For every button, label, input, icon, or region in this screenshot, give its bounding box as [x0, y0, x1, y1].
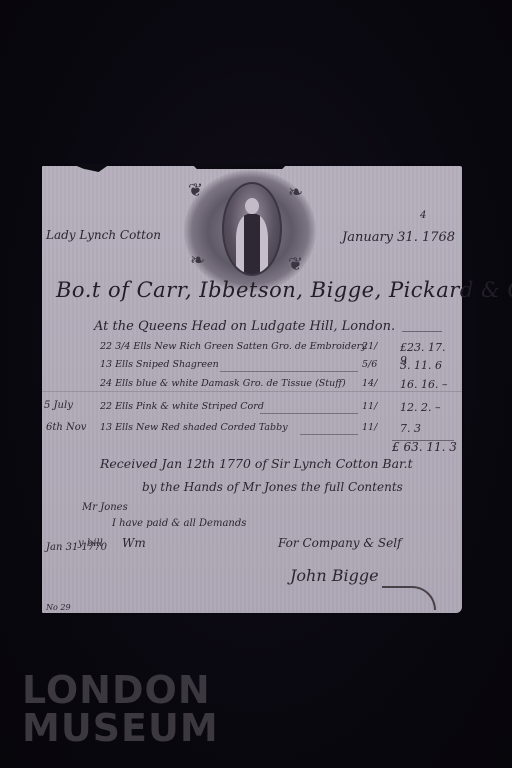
margin-date: 6th Nov: [46, 422, 86, 433]
portrait-figure-dress: [236, 214, 268, 274]
bill-total: £ 63. 11. 3: [392, 440, 457, 454]
line-item: 13 Ells New Red shaded Corded Tabby 11/ …: [100, 422, 450, 438]
london-museum-watermark: LONDON MUSEUM: [22, 672, 219, 748]
folio-number: No 29: [46, 603, 71, 612]
bill-document: ❦ ❧ ❧ ❦ Lady Lynch Cotton 4 January 31. …: [42, 166, 462, 613]
customer-name: Lady Lynch Cotton: [46, 228, 161, 242]
item-leader-line: [220, 371, 358, 372]
signature: John Bigge: [290, 566, 379, 585]
signature-flourish: [382, 586, 436, 610]
item-amount: 3. 11. 6: [400, 359, 442, 372]
item-amount: 16. 16. –: [400, 378, 447, 391]
for-company-line: For Company & Self: [278, 536, 402, 550]
receipt-line: I have paid & all Demands: [112, 518, 246, 529]
item-rate: 11/: [362, 401, 377, 412]
item-rate: 5/6: [362, 359, 377, 370]
item-amount: 12. 2. –: [400, 401, 440, 414]
item-description: 22 3/4 Ells New Rich Green Satten Gro. d…: [100, 341, 367, 352]
foliage-ornament-icon: ❧: [288, 182, 303, 203]
item-description: 22 Ells Pink & white Striped Cord: [100, 401, 264, 412]
receipt-margin-note: Mr Jones: [82, 502, 128, 513]
item-rate: 11/: [362, 422, 377, 433]
foliage-ornament-icon: ❦: [188, 180, 203, 201]
line-item: 22 Ells Pink & white Striped Cord 11/ 12…: [100, 401, 450, 417]
date-superscript: 4: [420, 210, 426, 221]
portrait-figure-icon: [245, 198, 259, 214]
paper-tear: [72, 164, 110, 172]
foliage-ornament-icon: ❦: [288, 254, 303, 275]
portrait-oval: [222, 182, 282, 276]
line-item: 24 Ells blue & white Damask Gro. de Tiss…: [100, 378, 450, 394]
billhead-address: At the Queens Head on Ludgate Hill, Lond…: [94, 319, 395, 334]
item-description: 13 Ells Sniped Shagreen: [100, 359, 219, 370]
bill-date: January 31. 1768: [342, 230, 455, 245]
watermark-line: MUSEUM: [22, 710, 219, 748]
watermark-line: LONDON: [22, 672, 219, 710]
item-leader-line: [260, 413, 358, 414]
item-rate: 14/: [362, 378, 377, 389]
foliage-ornament-icon: ❧: [190, 250, 205, 271]
engraved-portrait-vignette: ❦ ❧ ❧ ❦: [184, 170, 316, 292]
paper-tear: [192, 164, 287, 169]
receipt-line: Received Jan 12th 1770 of Sir Lynch Cott…: [100, 456, 413, 471]
receipt-line: by the Hands of Mr Jones the full Conten…: [142, 480, 403, 494]
billhead-title: Bo.t of Carr, Ibbetson, Bigge, Pickard &…: [56, 278, 512, 302]
line-item: 22 3/4 Ells New Rich Green Satten Gro. d…: [100, 341, 450, 357]
item-description: 13 Ells New Red shaded Corded Tabby: [100, 422, 288, 433]
item-rate: 21/: [362, 341, 377, 352]
receipt-initials: Wm: [122, 536, 146, 550]
flourish-rule: [402, 331, 442, 332]
item-leader-line: [300, 434, 358, 435]
item-amount: 7. 3: [400, 422, 421, 435]
margin-date: Jan 31 1770: [46, 542, 107, 553]
line-item: 13 Ells Sniped Shagreen 5/6 3. 11. 6: [100, 359, 450, 375]
item-description: 24 Ells blue & white Damask Gro. de Tiss…: [100, 378, 346, 389]
margin-date: 5 July: [44, 400, 73, 411]
